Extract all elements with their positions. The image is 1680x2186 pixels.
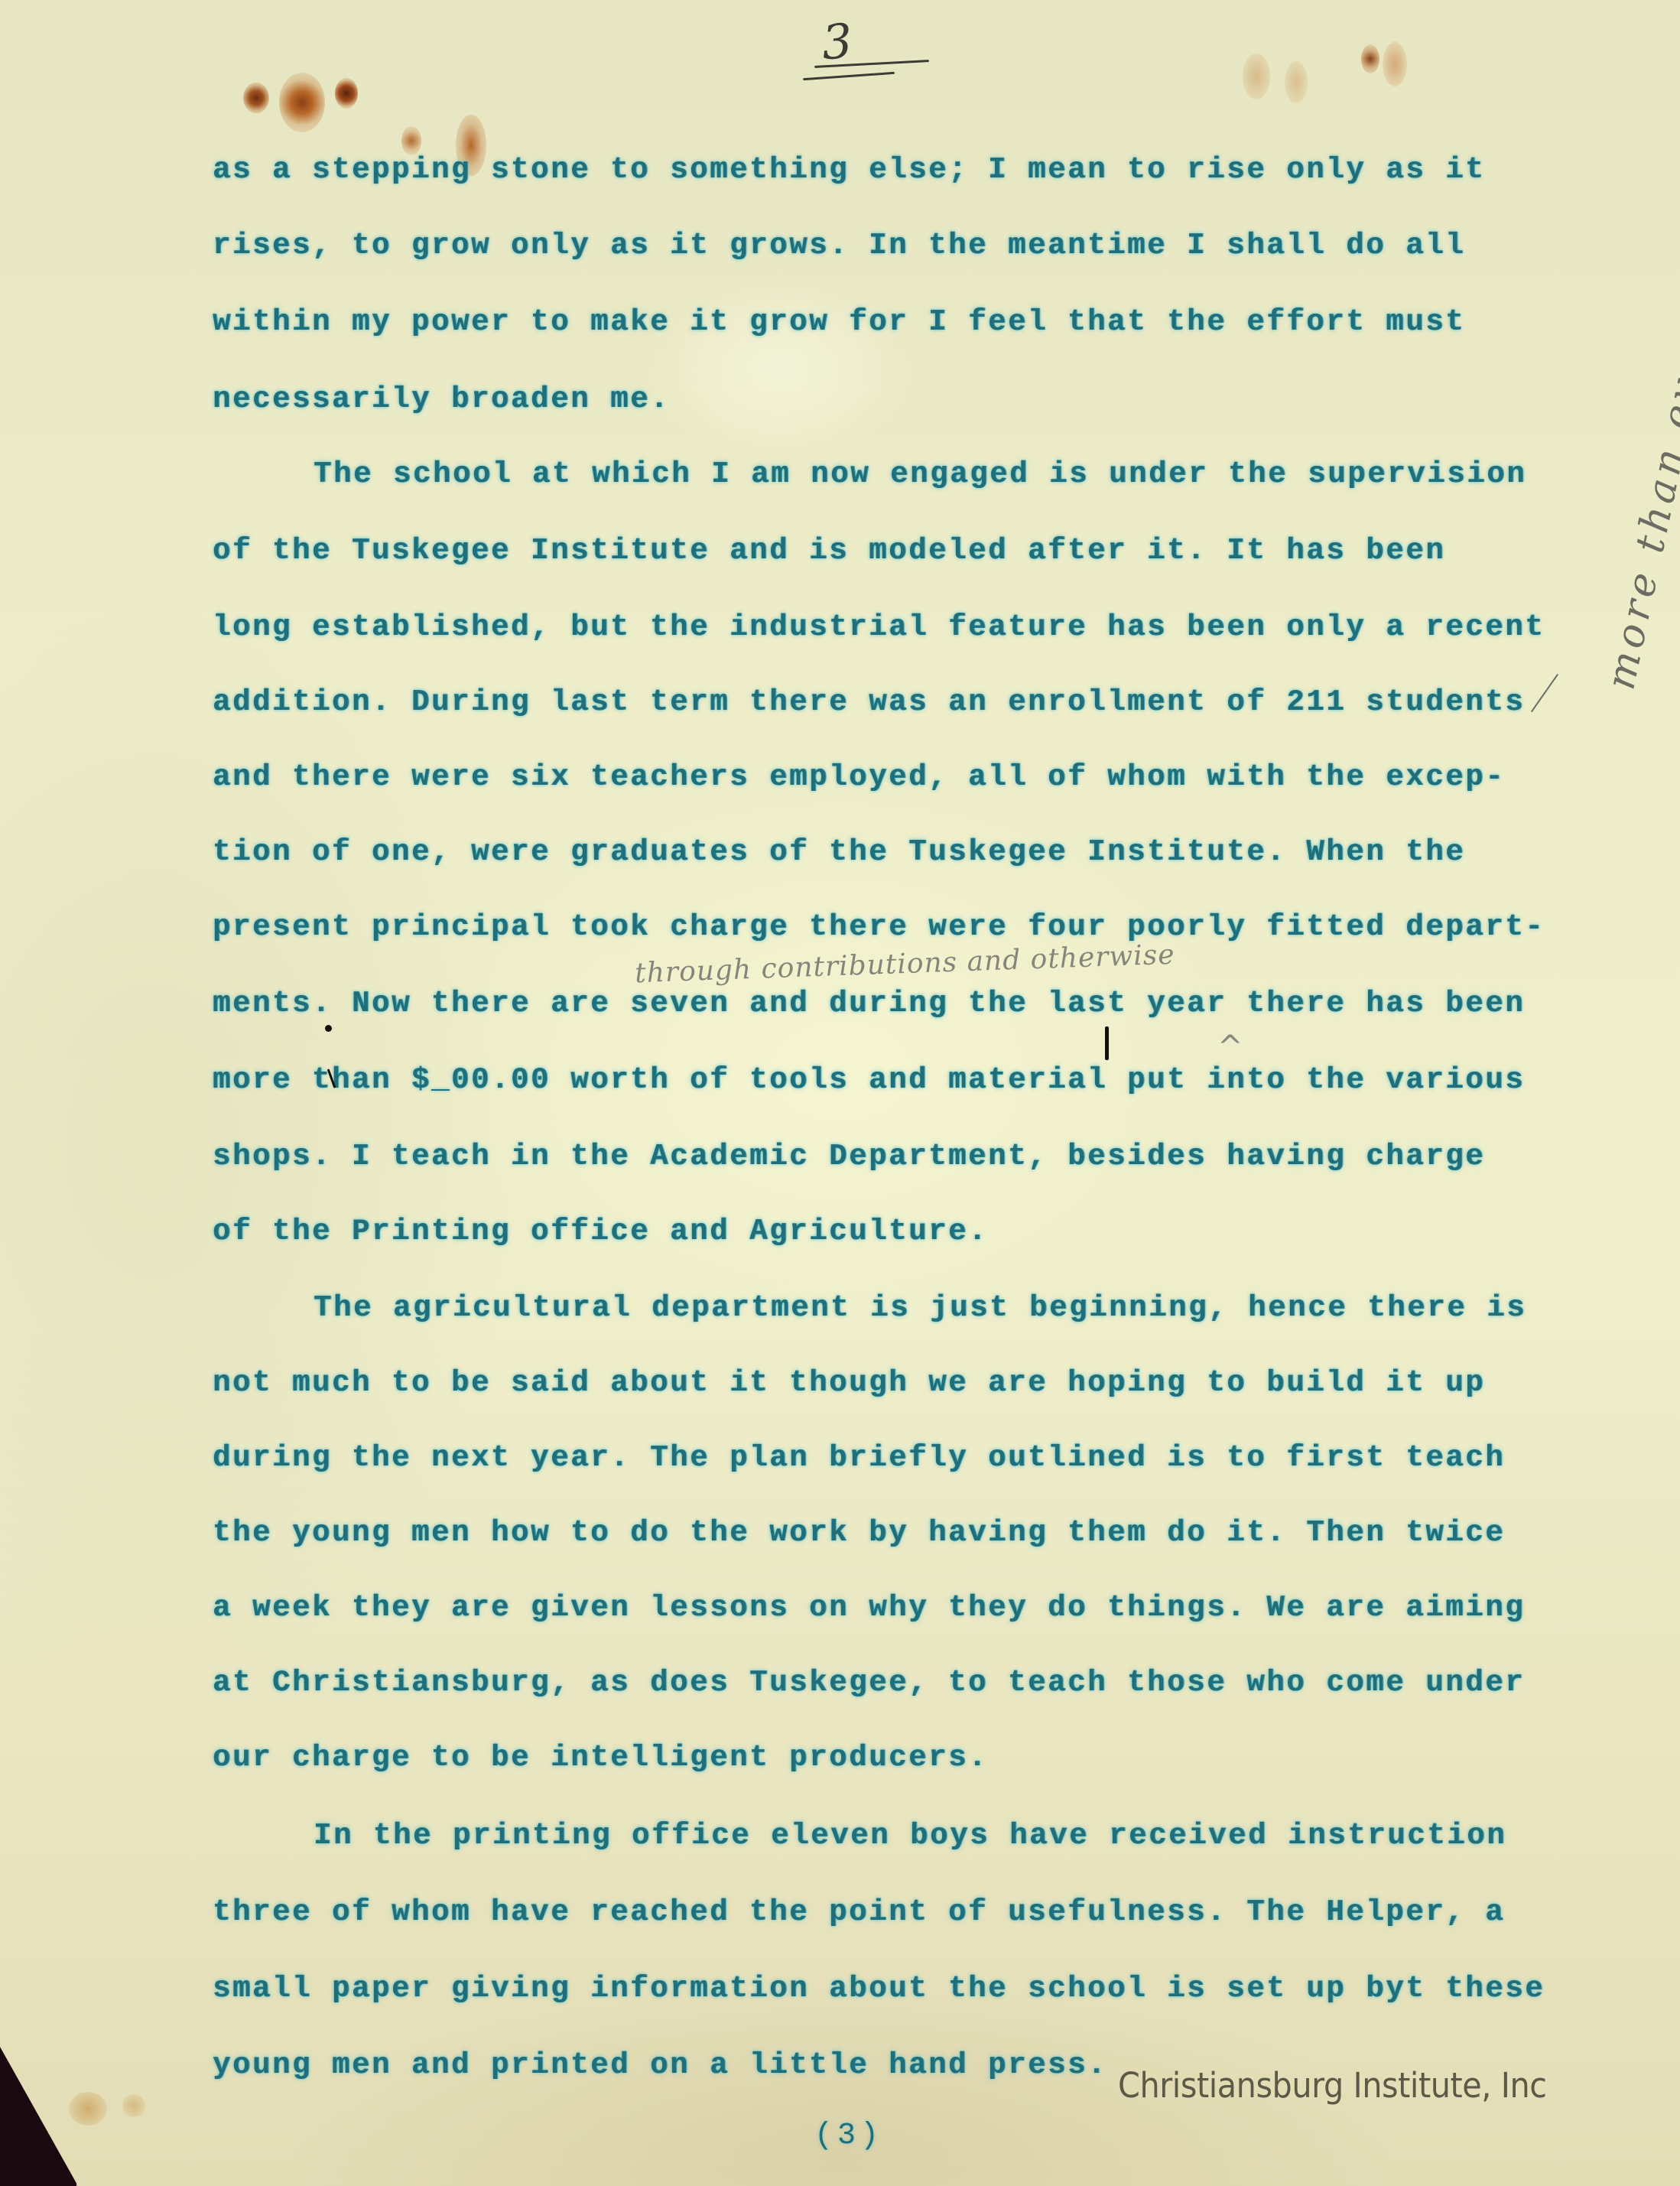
ink-dot-mark — [325, 1025, 332, 1032]
typed-line: the young men how to do the work by havi… — [213, 1516, 1505, 1550]
typed-line: a week they are given lessons on why the… — [213, 1591, 1525, 1625]
typed-line: ments. Now there are seven and during th… — [213, 987, 1525, 1020]
handwritten-page-number: 3 — [821, 13, 854, 71]
typed-page-number: (3) — [814, 2119, 883, 2153]
insertion-caret-icon: ^ — [1217, 1030, 1243, 1065]
typed-line: of the Printing office and Agriculture. — [213, 1215, 988, 1248]
typed-line: small paper giving information about the… — [213, 1972, 1545, 2005]
typed-line: young men and printed on a little hand p… — [213, 2048, 1107, 2082]
typed-line: tion of one, were graduates of the Tuske… — [213, 835, 1465, 869]
typed-line: present principal took charge there were… — [213, 910, 1545, 944]
typed-line: at Christiansburg, as does Tuskegee, to … — [213, 1666, 1525, 1700]
typed-line: our charge to be intelligent producers. — [213, 1741, 988, 1774]
typed-line: In the printing office eleven boys have … — [314, 1819, 1506, 1853]
typed-line: The agricultural department is just begi… — [314, 1291, 1526, 1325]
ink-insertion-mark — [1105, 1026, 1109, 1060]
typed-line: of the Tuskegee Institute and is modeled… — [213, 534, 1445, 568]
typed-line: not much to be said about it though we a… — [213, 1366, 1485, 1400]
typed-line: three of whom have reached the point of … — [213, 1895, 1505, 1929]
typed-line: necessarily broaden me. — [213, 382, 670, 416]
watermark: Christiansburg Institute, Inc — [1118, 2065, 1547, 2106]
typed-line: shops. I teach in the Academic Departmen… — [213, 1140, 1485, 1173]
typed-line: more than $_00.00 worth of tools and mat… — [213, 1063, 1525, 1097]
typed-line: within my power to make it grow for I fe… — [213, 305, 1465, 339]
typed-line: long established, but the industrial fea… — [213, 610, 1545, 644]
typed-line: and there were six teachers employed, al… — [213, 760, 1505, 794]
typed-line: as a stepping stone to something else; I… — [213, 153, 1485, 187]
typed-line: addition. During last term there was an … — [213, 685, 1525, 719]
typed-line: The school at which I am now engaged is … — [314, 457, 1526, 491]
typed-line: rises, to grow only as it grows. In the … — [213, 229, 1465, 262]
typed-line: during the next year. The plan briefly o… — [213, 1441, 1505, 1475]
